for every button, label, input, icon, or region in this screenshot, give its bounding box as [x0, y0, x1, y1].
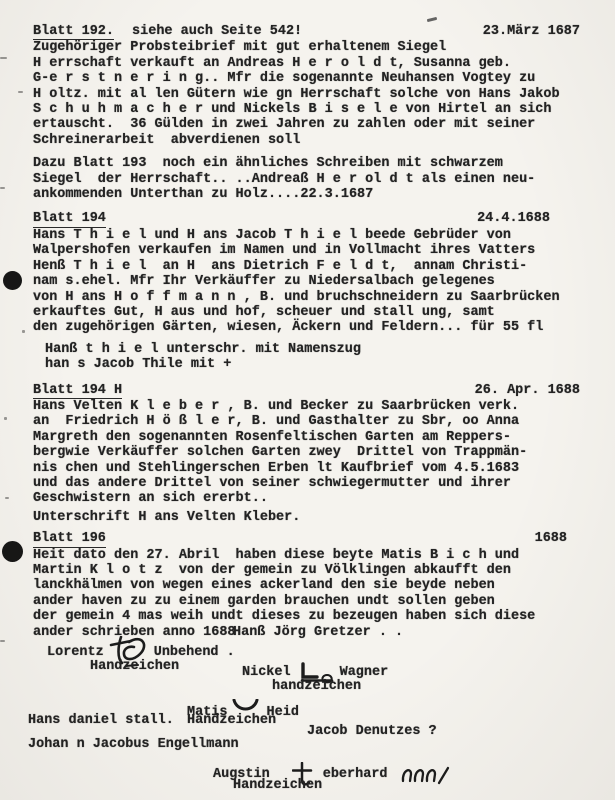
signature-nickel: Nickel Wagner [242, 662, 388, 680]
text-line: ertauscht. 36 Gülden in zwei Jahren zu z… [33, 117, 580, 132]
text-line: Martin K l o t z von der gemein zu Völkl… [33, 563, 580, 578]
signature-lorentz-first: Lorentz [47, 645, 104, 660]
sub-block: Unterschrift H ans Velten Kleber. [33, 510, 580, 525]
document-section: Blatt 194 H26. Apr. 1688Hans Velten K l … [33, 383, 580, 526]
signature-lorentz-last: Unbehend . [154, 645, 235, 660]
text-line: Hans T h i e l und H ans Jacob T h i e l… [33, 228, 580, 243]
handzeichen-label-2: handzeichen [272, 679, 361, 694]
text-line: nis chen und Stehlingerschen Erben lt Ka… [33, 461, 580, 476]
blatt-heading: Blatt 194 [33, 211, 106, 227]
scan-speck [0, 640, 5, 642]
sub-block: Hanß t h i e l unterschr. mit Namenszugh… [45, 342, 580, 373]
text-line: Dazu Blatt 193 noch ein ähnliches Schrei… [33, 156, 580, 171]
text-line: Heit dato den 27. Abril haben diese beyt… [33, 548, 580, 563]
text-line: Margreth den sogenannten Rosenfeltischen… [33, 430, 580, 445]
text-line: Walpershofen verkaufen im Namen und in V… [33, 243, 580, 258]
scan-speck [0, 57, 7, 59]
text-line: Siegel der Herrschaft.. ..Andreaß H e r … [33, 172, 580, 187]
handzeichen-label-1: Handzeichen [90, 659, 179, 674]
scan-speck [5, 497, 9, 499]
matis-handmark-icon [232, 699, 259, 714]
text-line: erkauftes Gut, H aus und hof, scheuer un… [33, 305, 580, 320]
section-header: Blatt 1961688 [33, 531, 580, 547]
blatt-heading: Blatt 194 H [33, 383, 122, 399]
signature-lorentz: Lorentz Unbehend . [47, 636, 235, 660]
text-line: Hanß t h i e l unterschr. mit Namenszug [45, 342, 580, 357]
text-line: den zugehörigen Gärten, wiesen, Äckern u… [33, 320, 580, 335]
section-header: Blatt 19424.4.1688 [33, 211, 580, 227]
text-line: ankommenden Unterthan zu Holz....22.3.16… [33, 187, 580, 202]
signature-nickel-last: Wagner [340, 665, 389, 680]
heading-note: siehe auch Seite 542! [132, 24, 302, 39]
text-line: nam s.ehel. Mfr Ihr Verkäuffer zu Nieder… [33, 274, 580, 289]
scan-speck [22, 330, 25, 333]
punch-hole-bottom [2, 541, 23, 562]
text-line: G-e r s t n e r i n g.. Mfr die sogenann… [33, 71, 580, 86]
document-section: Dazu Blatt 193 noch ein ähnliches Schrei… [33, 156, 580, 202]
text-line: und das andere Drittel von seiner schwie… [33, 476, 580, 491]
scan-speck [0, 187, 5, 189]
punch-hole-top [3, 271, 22, 290]
signature-gretzer: Hanß Jörg Gretzer . . [233, 625, 403, 640]
signature-hans-daniel: Hans daniel stall. [28, 713, 174, 728]
text-line: Unterschrift H ans Velten Kleber. [33, 510, 580, 525]
handzeichen-label-4: Handzeichen [233, 778, 322, 793]
text-line: an Friedrich H ö ß l e r, B. und Gasthal… [33, 414, 580, 429]
scanned-document-page: Blatt 192.siehe auch Seite 542!23.März 1… [0, 0, 615, 800]
heading-date: 26. Apr. 1688 [475, 383, 580, 398]
signature-nickel-first: Nickel [242, 665, 291, 680]
text-line: H errschaft verkauft an Andreas H e r o … [33, 56, 580, 71]
document-section: Blatt 192.siehe auch Seite 542!23.März 1… [33, 24, 580, 148]
scan-speck [427, 17, 437, 22]
signature-augstin-last: eberhard [323, 767, 388, 782]
blatt-heading: Blatt 192. [33, 24, 114, 40]
text-line: Geschwistern an sich ererbt.. [33, 491, 580, 506]
text-line: Hans Velten K l e b e r , B. und Becker … [33, 399, 580, 414]
text-line: Zugehöriger Probsteibrief mit gut erhalt… [33, 40, 580, 55]
section-header: Blatt 192.siehe auch Seite 542!23.März 1… [33, 24, 580, 40]
heading-date: 1688 [535, 531, 567, 546]
signature-jacob: Jacob Denutzes ? [307, 724, 437, 739]
handzeichen-label-3: Handzeichen [187, 713, 276, 728]
text-line: von H ans H o f f m a n n , B. und bruch… [33, 290, 580, 305]
signature-johann: Johan n Jacobus Engellmann [28, 737, 239, 752]
eberhard-squiggle-handmark-icon [400, 765, 450, 785]
text-line: S c h u h m a c h e r und Nickels B i s … [33, 102, 580, 117]
text-line: Henß T h i e l an H ans Dietrich F e l d… [33, 259, 580, 274]
scan-speck [4, 417, 7, 420]
document-body: Blatt 192.siehe auch Seite 542!23.März 1… [33, 24, 580, 640]
document-section: Blatt 19424.4.1688Hans T h i e l und H a… [33, 211, 580, 372]
blatt-heading: Blatt 196 [33, 531, 106, 547]
heading-date: 24.4.1688 [477, 211, 550, 226]
signature-block: Hanß Jörg Gretzer . . Lorentz Unbehend .… [0, 620, 615, 800]
text-line: H oltz. mit al len Gütern wie gn Herrsch… [33, 87, 580, 102]
section-header: Blatt 194 H26. Apr. 1688 [33, 383, 580, 399]
scan-speck [18, 91, 23, 93]
heading-date: 23.März 1687 [483, 24, 580, 39]
text-line: bergwie Verkäuffer solchen Garten zwey D… [33, 445, 580, 460]
text-line: han s Jacob Thile mit + [45, 357, 580, 372]
text-line: ander haven zu zu einem garden brauchen … [33, 594, 580, 609]
text-line: Schreinerarbeit abverdienen soll [33, 133, 580, 148]
text-line: lanckhälmen von wegen eines ackerland de… [33, 578, 580, 593]
